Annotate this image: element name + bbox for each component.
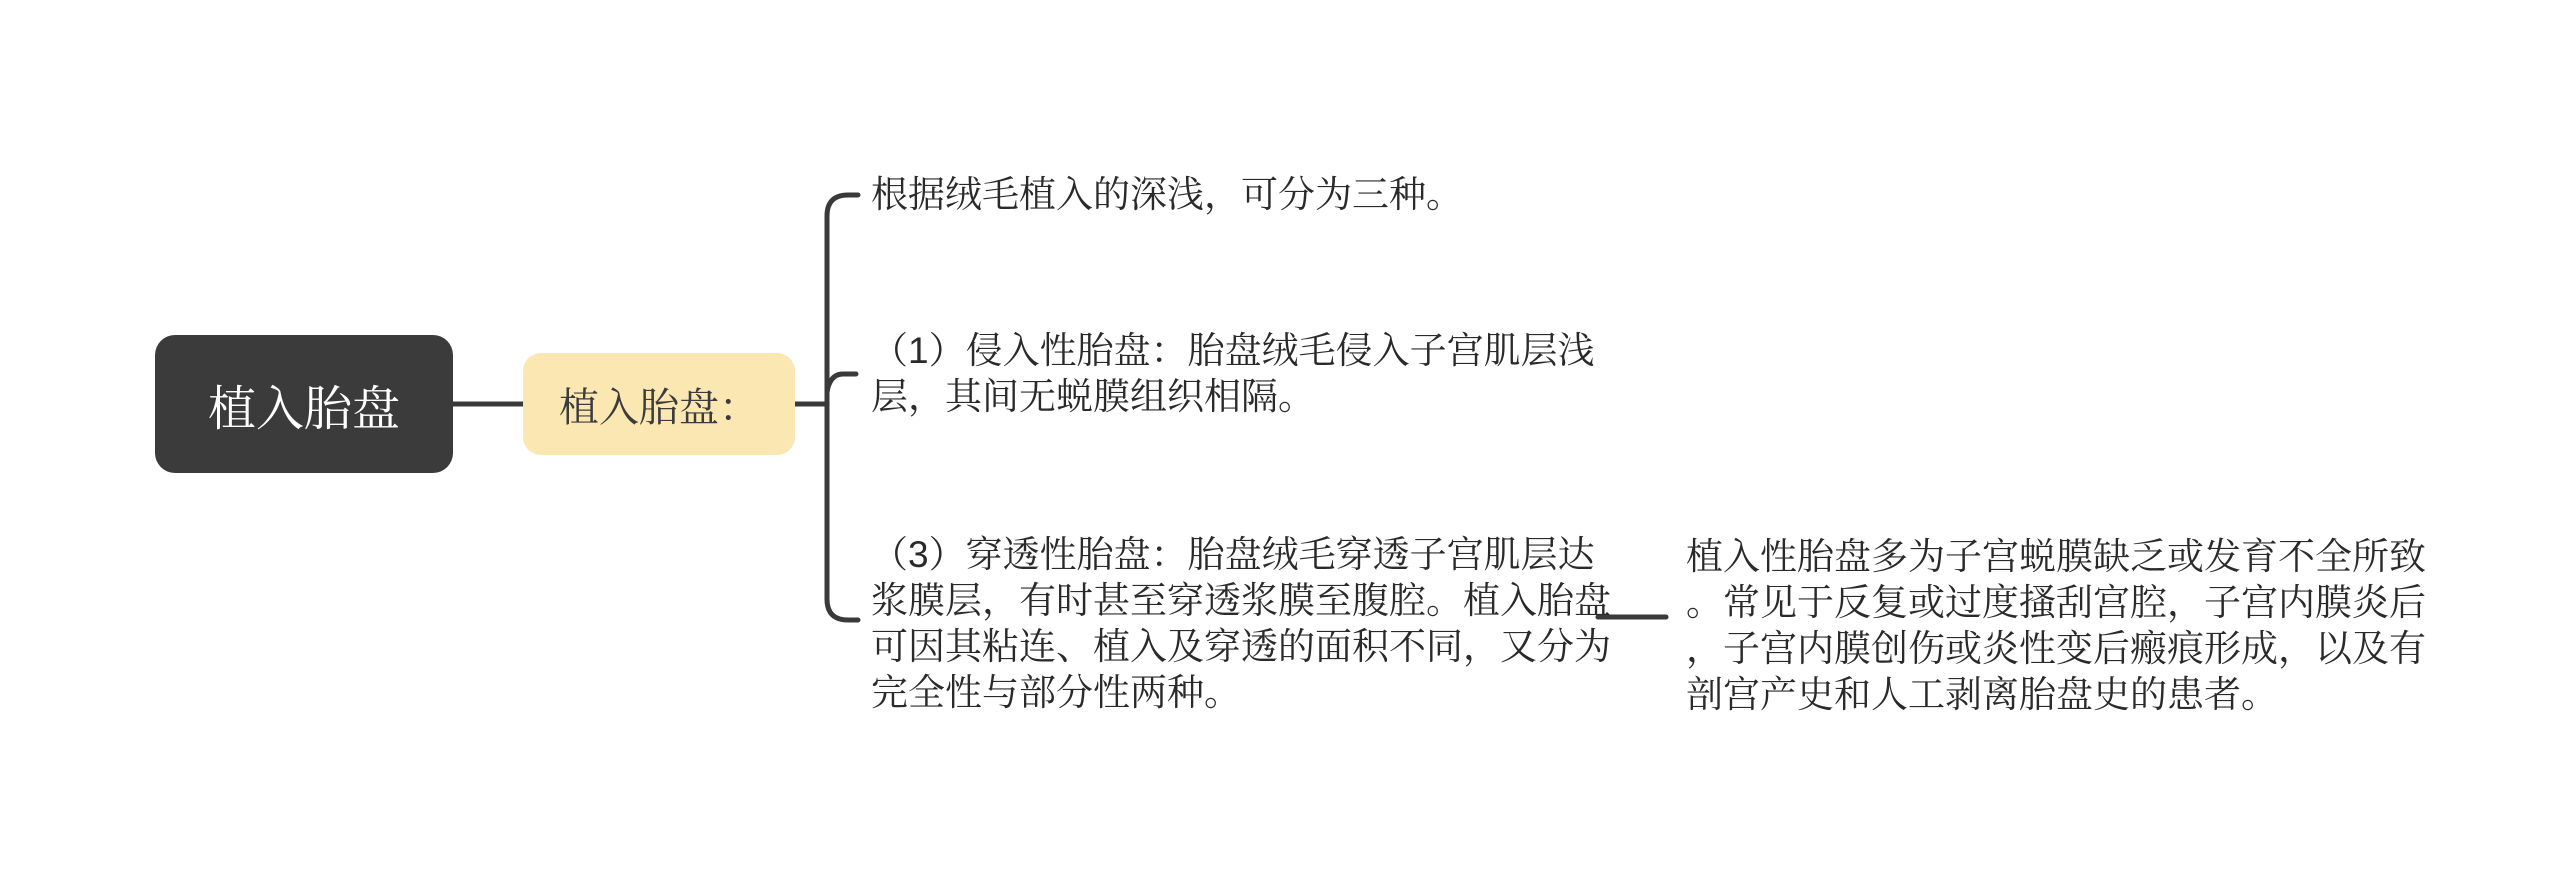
branch-type1-line: （1）侵入性胎盘：胎盘绒毛侵入子宫肌层浅: [871, 328, 1595, 374]
branch-type1-line: 层，其间无蜕膜组织相隔。: [871, 374, 1595, 420]
topic-node[interactable]: 植入胎盘：: [523, 353, 795, 455]
connector-branch-type1-fork: [827, 374, 856, 392]
note-line: 剖宫产史和人工剥离胎盘史的患者。: [1686, 672, 2426, 718]
branch-type3-line: 可因其粘连、植入及穿透的面积不同，又分为: [871, 624, 1611, 670]
branch-overview-line: 根据绒毛植入的深浅，可分为三种。: [871, 172, 1463, 218]
note-line: ，子宫内膜创伤或炎性变后瘢痕形成，以及有: [1686, 626, 2426, 672]
branch-overview[interactable]: 根据绒毛植入的深浅，可分为三种。: [871, 172, 1463, 218]
note-line: 。常见于反复或过度搔刮宫腔，子宫内膜炎后: [1686, 580, 2426, 626]
note-line: 植入性胎盘多为子宫蜕膜缺乏或发育不全所致: [1686, 534, 2426, 580]
connector-spine: [827, 195, 858, 620]
branch-type3-line: 完全性与部分性两种。: [871, 670, 1611, 716]
branch-type-3-penetrating[interactable]: （3）穿透性胎盘：胎盘绒毛穿透子宫肌层达 浆膜层，有时甚至穿透浆膜至腹腔。植入胎…: [871, 532, 1611, 716]
mindmap-canvas: 植入胎盘 植入胎盘： 根据绒毛植入的深浅，可分为三种。 （1）侵入性胎盘：胎盘绒…: [0, 0, 2560, 879]
note-block[interactable]: 植入性胎盘多为子宫蜕膜缺乏或发育不全所致 。常见于反复或过度搔刮宫腔，子宫内膜炎…: [1686, 534, 2426, 718]
branch-type3-line: 浆膜层，有时甚至穿透浆膜至腹腔。植入胎盘: [871, 578, 1611, 624]
branch-type-1-invasive[interactable]: （1）侵入性胎盘：胎盘绒毛侵入子宫肌层浅 层，其间无蜕膜组织相隔。: [871, 328, 1595, 420]
branch-type3-line: （3）穿透性胎盘：胎盘绒毛穿透子宫肌层达: [871, 532, 1611, 578]
root-node[interactable]: 植入胎盘: [155, 335, 453, 473]
